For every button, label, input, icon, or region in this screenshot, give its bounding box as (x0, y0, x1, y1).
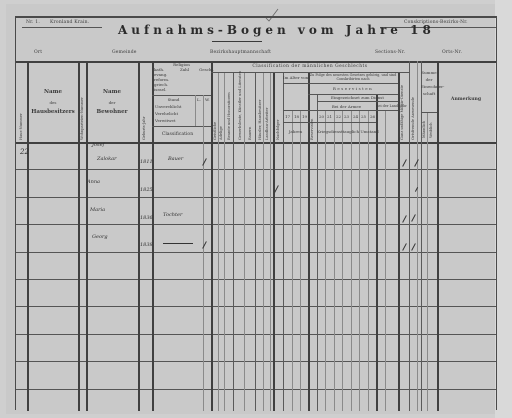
sub-col (224, 72, 225, 411)
resident-name-entry: Georg (92, 234, 108, 240)
sub-col (317, 94, 318, 411)
sub-col (300, 110, 301, 411)
classification-entry: Bauer (168, 156, 183, 162)
col-divider (152, 61, 154, 411)
leave-label: Bei der Landwehr (376, 104, 398, 109)
sub-col (244, 72, 245, 411)
other-header: Ortsfremde Anwesende (411, 97, 415, 140)
sub-col (233, 72, 234, 411)
age-col: 17 (285, 114, 290, 119)
military-block-header: Zu Folge des neuesten Gesetzes gehörig, … (308, 73, 398, 81)
foreign-header: Ganz unfähige Militär-Dienste (400, 85, 404, 140)
male-classification-header: Classification der männlichen Geschlecht… (211, 64, 409, 69)
nobility-col-header: Landbau-Arbeiter (265, 108, 269, 140)
page-edge (495, 0, 512, 418)
nobility-col-header: Bauern (248, 127, 252, 140)
residence-nr-header: Wohnparteien-Nummer (80, 97, 84, 140)
sub-col (385, 110, 386, 411)
by-age-header: Bei der Armee (317, 104, 376, 109)
status-sub: L. (197, 97, 201, 102)
row-line (16, 334, 496, 335)
header-line (317, 101, 398, 102)
status-row: Verwitwet (155, 118, 176, 123)
sub-col (417, 61, 418, 411)
sub-col (292, 110, 293, 411)
sub-col (421, 61, 422, 411)
nobility-col-header: Adelige (219, 126, 223, 140)
row-line (16, 197, 496, 198)
nobility-col-header: Geistliche (213, 122, 217, 140)
sub-col (218, 72, 219, 411)
row-line (16, 252, 496, 253)
col-divider (138, 61, 140, 411)
nobility-col-header: Häusler, Hausbesitzer (258, 100, 262, 140)
header-line (283, 83, 398, 84)
sub-age-col: 23 (344, 114, 349, 119)
religion-sub: Zahl (180, 67, 189, 72)
sub-col (368, 110, 369, 411)
remarks-header: Anmerkung (437, 96, 495, 104)
nobility-col-header: Gewerbsleute, Künstler und Literaten (238, 71, 242, 140)
sub-age-col: 26 (370, 114, 375, 119)
sub-col (273, 72, 275, 411)
header-line (283, 110, 398, 111)
age-header: Im Alter von (283, 75, 308, 80)
sub-age-col: 22 (336, 114, 341, 119)
resident-name-header-2: der (88, 100, 136, 105)
header-line (421, 112, 437, 113)
sub-col (195, 95, 196, 126)
by-birth-year-header: Eingezeichnet zum Dienst (317, 95, 398, 100)
successors-header: Nachfolger (276, 120, 280, 140)
nobility-col-header: Beamte und Honoratioren (227, 92, 231, 140)
house-nr-header: Haus-Nummer (19, 113, 23, 140)
row-line (16, 279, 496, 280)
sub-col (334, 110, 335, 411)
resident-name-entry: Anna (87, 179, 100, 185)
resident-name-header-3: Bewohner (88, 108, 136, 116)
sub-age-col: 20 (319, 114, 324, 119)
row-line (16, 389, 496, 390)
sub-col (263, 72, 264, 411)
years-label: Jahren (283, 129, 308, 134)
sub-col (359, 110, 360, 411)
age-col: 19 (302, 114, 307, 119)
birth-year-header: Geburts-Jahr (142, 117, 146, 140)
owner-name-header-1: Name (30, 88, 76, 96)
sub-col (437, 61, 439, 411)
sub-age-col: 21 (327, 114, 332, 119)
birth-year-entry: 1836 (140, 215, 153, 221)
birth-year-entry: 1811 (140, 159, 153, 165)
sub-col (325, 110, 326, 411)
header-bottom (16, 142, 496, 144)
religion-row: israel. (154, 87, 167, 92)
classification-entry: Tochter (163, 212, 182, 218)
sub-col (427, 112, 428, 411)
row-line (16, 306, 496, 307)
status-row: Verehelicht (155, 111, 178, 116)
row-line (16, 224, 496, 225)
reserve-header: Reservisten (308, 86, 398, 91)
sub-age-col: 25 (361, 114, 366, 119)
summary-sub: Weiblich (429, 122, 433, 138)
owner-name-header-3: Hausbesitzers (30, 108, 76, 116)
sub-col (203, 95, 204, 126)
resident-name-entry: Maria (90, 207, 105, 213)
classification-dash (163, 243, 193, 244)
age-col: 18 (294, 114, 299, 119)
sub-col (270, 72, 271, 411)
sub-age-col: 24 (353, 114, 358, 119)
sub-col (351, 110, 352, 411)
classification-header: Classification (152, 132, 203, 137)
birth-year-entry: 1838 (140, 242, 153, 248)
status-sub: W. (205, 97, 210, 102)
sub-col (255, 72, 256, 411)
sub-col (376, 94, 378, 411)
col-divider (211, 61, 213, 411)
resident-name-entry: Josef (92, 142, 104, 148)
owner-name-header-2: des (30, 100, 76, 105)
table-top (16, 61, 496, 63)
birth-year-entry: 1825 (140, 187, 153, 193)
row-line (16, 361, 496, 362)
house-nr-entry: 22 (20, 148, 29, 156)
sub-col (342, 110, 343, 411)
col-divider (27, 61, 29, 411)
fit-label: Kriegsdiensttauglich Umstand (317, 129, 376, 134)
status-heading: Stand (152, 97, 195, 102)
summary-header: Summe (421, 70, 437, 75)
status-row: Unverehlicht (155, 104, 181, 109)
sub-col (203, 126, 204, 411)
header-line (283, 122, 376, 123)
sub-col (409, 61, 410, 411)
resident-name-entry: Zalokar (97, 156, 116, 162)
summary-header: Einwohner- (421, 84, 437, 89)
summary-header: der (421, 77, 437, 82)
summary-sub: Männlich (422, 121, 426, 138)
resident-name-header-1: Name (88, 88, 136, 96)
row-line (16, 169, 496, 170)
reserve-vertical: Reservisten (310, 119, 314, 140)
summary-header: schaft (421, 91, 437, 96)
